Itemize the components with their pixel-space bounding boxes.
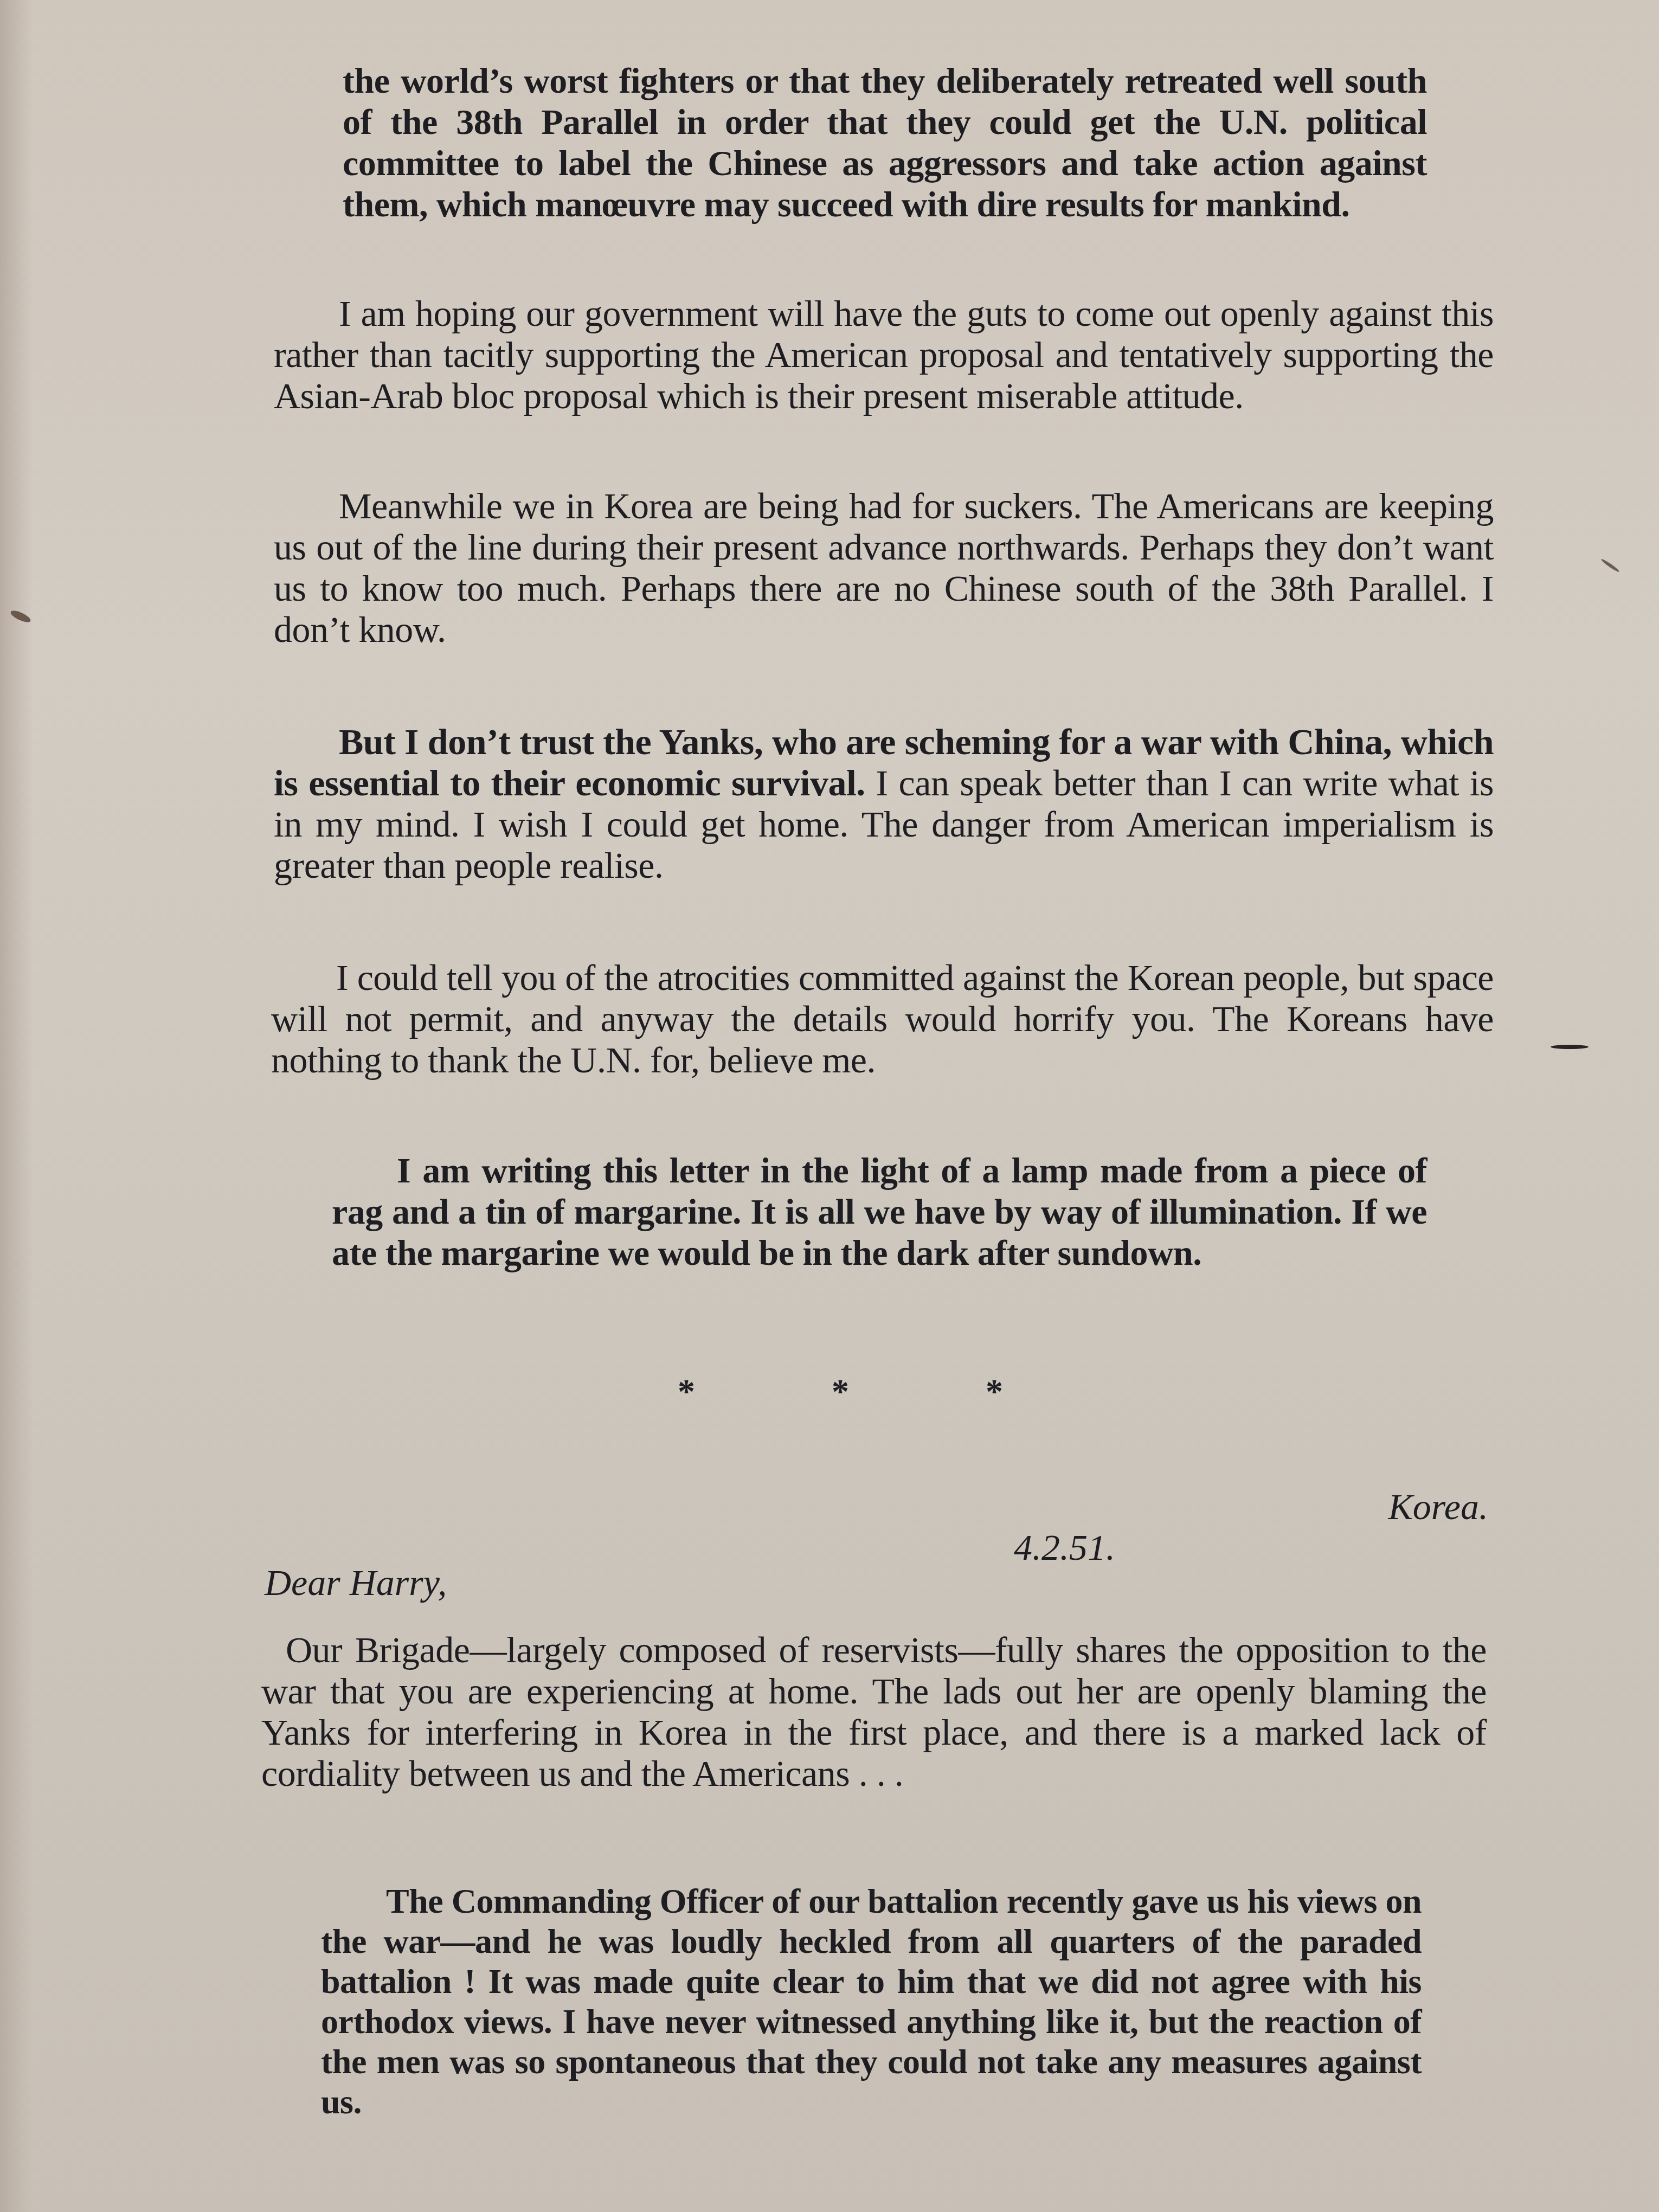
paragraph-text: the world’s worst fighters or that they … [343, 61, 1427, 224]
letter-salutation: Dear Harry, [265, 1561, 447, 1604]
paragraph-retreat-bold: the world’s worst fighters or that they … [343, 61, 1427, 226]
paper-blemish [1551, 1045, 1589, 1049]
paragraph-korea-suckers: Meanwhile we in Korea are being had for … [274, 485, 1494, 650]
letter-place: Korea. [1388, 1486, 1488, 1528]
paragraph-government: I am hoping our government will have the… [274, 293, 1494, 416]
paragraph-lamp-bold: I am writing this letter in the light of… [332, 1150, 1427, 1274]
paragraph-text: I am hoping our government will have the… [274, 293, 1494, 416]
paragraph-yanks-trust: But I don’t trust the Yanks, who are sch… [274, 721, 1494, 886]
paragraph-commanding-officer-bold: The Commanding Officer of our battalion … [321, 1881, 1422, 2122]
paper-blemish [1600, 558, 1620, 573]
paragraph-atrocities: I could tell you of the atrocities commi… [271, 957, 1494, 1081]
paragraph-text: I could tell you of the atrocities commi… [271, 957, 1494, 1081]
section-separator: * * * [678, 1372, 1003, 1412]
paragraph-text: Meanwhile we in Korea are being had for … [274, 485, 1494, 650]
paragraph-brigade: Our Brigade—largely composed of reservis… [261, 1629, 1487, 1794]
asterisk: * [832, 1372, 849, 1412]
paragraph-text: The Commanding Officer of our battalion … [321, 1882, 1422, 2121]
asterisk: * [678, 1372, 695, 1412]
paragraph-text: I am writing this letter in the light of… [332, 1151, 1427, 1273]
page-edge-shadow [0, 0, 33, 2212]
paragraph-text: Our Brigade—largely composed of reservis… [261, 1629, 1487, 1794]
letter-date: 4.2.51. [1014, 1526, 1115, 1569]
asterisk: * [986, 1372, 1003, 1412]
